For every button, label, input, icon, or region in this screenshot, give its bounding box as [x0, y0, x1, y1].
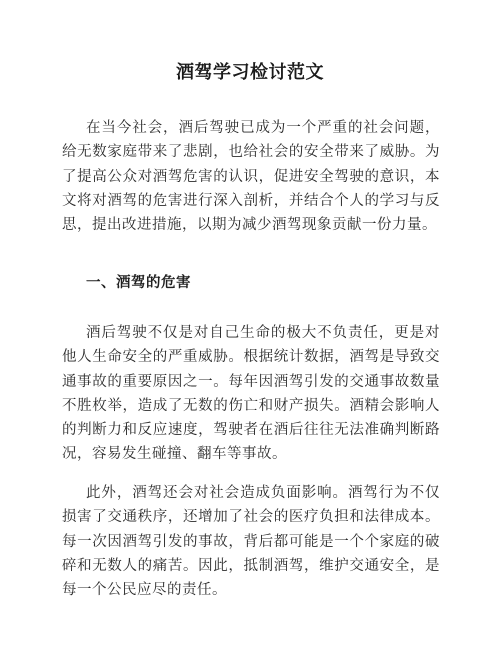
section-heading: 一、酒驾的危害 — [86, 271, 191, 295]
document-page: 酒驾学习检讨范文 在当今社会，酒后驾驶已成为一个严重的社会问题，给无数家庭带来了… — [0, 0, 500, 647]
intro-paragraph: 在当今社会，酒后驾驶已成为一个严重的社会问题，给无数家庭带来了悲剧，也给社会的安… — [62, 116, 440, 237]
document-title: 酒驾学习检讨范文 — [0, 60, 500, 86]
body-paragraph: 酒后驾驶不仅是对自己生命的极大不负责任，更是对他人生命安全的严重威胁。根据统计数… — [62, 321, 440, 467]
body-paragraph: 此外，酒驾还会对社会造成负面影响。酒驾行为不仅损害了交通秩序，还增加了社会的医疗… — [62, 481, 440, 602]
